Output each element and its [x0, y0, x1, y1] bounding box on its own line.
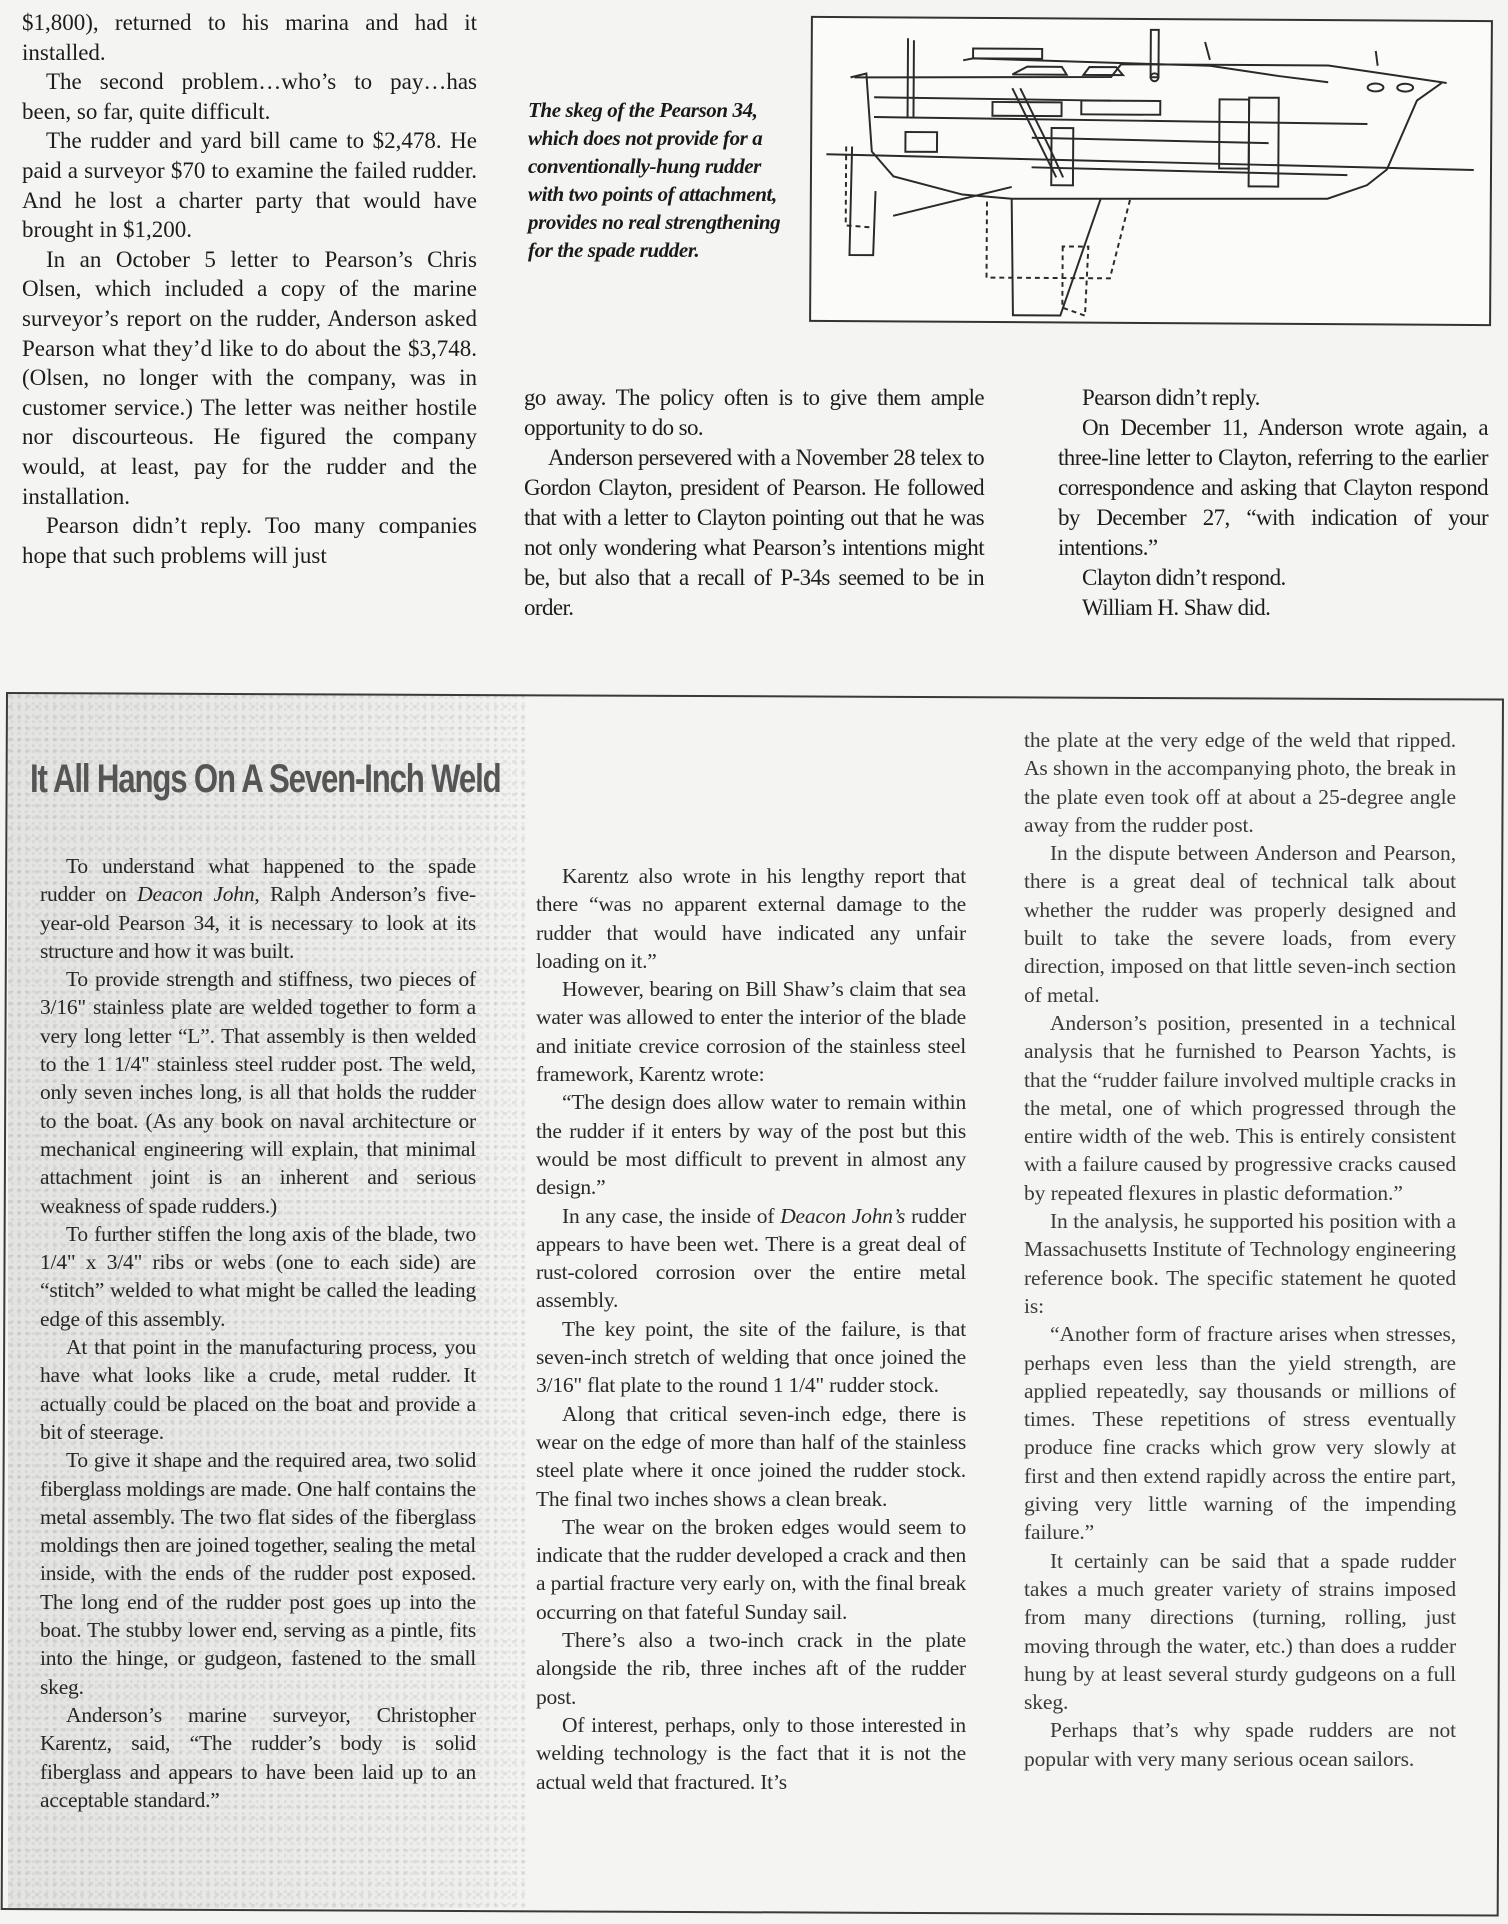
paragraph: “Another form of fracture arises when st…: [1024, 1320, 1456, 1546]
paragraph: “The design does allow water to remain w…: [536, 1088, 966, 1201]
paragraph: Anderson’s position, presented in a tech…: [1024, 1009, 1456, 1207]
paragraph: In an October 5 letter to Pearson’s Chri…: [22, 245, 477, 511]
paragraph: Karentz also wrote in his lengthy report…: [536, 862, 966, 975]
sidebar-column-1: To understand what happened to the spade…: [40, 852, 476, 1814]
paragraph: Pearson didn’t reply.: [1058, 383, 1488, 413]
paragraph: In any case, the inside of Deacon John’s…: [536, 1202, 966, 1315]
paragraph: Pearson didn’t reply. Too many companies…: [22, 511, 477, 570]
paragraph: Perhaps that’s why spade rudders are not…: [1024, 1716, 1456, 1773]
paragraph: However, bearing on Bill Shaw’s claim th…: [536, 975, 966, 1088]
sidebar-column-2: Karentz also wrote in his lengthy report…: [536, 862, 966, 1796]
paragraph: Anderson persevered with a November 28 t…: [524, 443, 984, 623]
article-column-3: Pearson didn’t reply. On December 11, An…: [1058, 383, 1488, 623]
paragraph: To provide strength and stiffness, two p…: [40, 965, 476, 1220]
article-column-2: go away. The policy often is to give the…: [524, 383, 984, 623]
paragraph: Clayton didn’t respond.: [1058, 563, 1488, 593]
paragraph: William H. Shaw did.: [1058, 593, 1488, 623]
paragraph: The second problem…who’s to pay…has been…: [22, 67, 477, 126]
sidebar-headline: It All Hangs On A Seven-Inch Weld: [30, 757, 500, 801]
paragraph: Along that critical seven-inch edge, the…: [536, 1400, 966, 1513]
paragraph: The key point, the site of the failure, …: [536, 1315, 966, 1400]
paragraph: go away. The policy often is to give the…: [524, 383, 984, 443]
magazine-page: $1,800), returned to his marina and had …: [0, 0, 1508, 1924]
boat-name: Deacon John: [137, 882, 254, 906]
sidebar-column-3: the plate at the very edge of the weld t…: [1024, 726, 1456, 1773]
paragraph: There’s also a two-inch crack in the pla…: [536, 1626, 966, 1711]
paragraph: To give it shape and the required area, …: [40, 1446, 476, 1701]
paragraph: Anderson’s marine surveyor, Christopher …: [40, 1701, 476, 1814]
paragraph: the plate at the very edge of the weld t…: [1024, 726, 1456, 839]
paragraph: To understand what happened to the spade…: [40, 852, 476, 965]
paragraph: It certainly can be said that a spade ru…: [1024, 1547, 1456, 1717]
paragraph: The rudder and yard bill came to $2,478.…: [22, 126, 477, 244]
paragraph: At that point in the manufacturing proce…: [40, 1333, 476, 1446]
article-column-1: $1,800), returned to his marina and had …: [22, 8, 477, 570]
paragraph: In the dispute between Anderson and Pear…: [1024, 839, 1456, 1009]
paragraph: $1,800), returned to his marina and had …: [22, 8, 477, 67]
boat-profile-diagram: [809, 16, 1493, 326]
paragraph: Of interest, perhaps, only to those inte…: [536, 1711, 966, 1796]
paragraph: To further stiffen the long axis of the …: [40, 1220, 476, 1333]
paragraph: The wear on the broken edges would seem …: [536, 1513, 966, 1626]
pearson-34-drawing-icon: [811, 18, 1491, 324]
boat-name: Deacon John’s: [780, 1204, 905, 1228]
paragraph: On December 11, Anderson wrote again, a …: [1058, 413, 1488, 563]
figure-caption: The skeg of the Pearson 34, which does n…: [528, 96, 788, 264]
paragraph: In the analysis, he supported his positi…: [1024, 1207, 1456, 1320]
